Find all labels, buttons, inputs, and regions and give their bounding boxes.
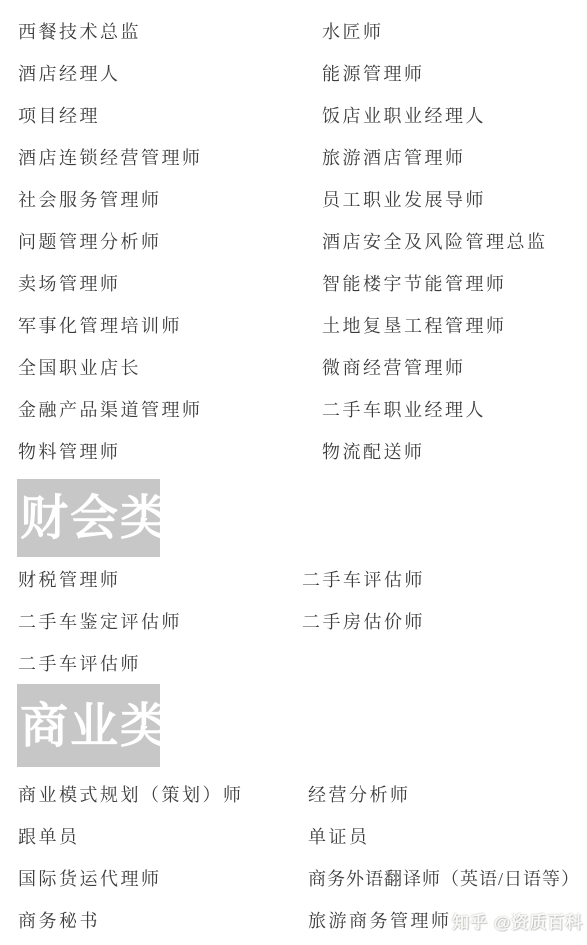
- section-header-finance-accounting: 财会类: [17, 479, 160, 557]
- job-title: 二手车评估师: [302, 566, 425, 592]
- section-rows: 财税管理师 二手车评估师 二手车鉴定评估师 二手房估价师 二手车评估师: [0, 558, 587, 684]
- job-title: 智能楼宇节能管理师: [322, 270, 507, 296]
- job-title: 卖场管理师: [18, 270, 121, 296]
- job-row: 卖场管理师 智能楼宇节能管理师: [0, 262, 587, 304]
- job-title: 酒店连锁经营管理师: [18, 144, 203, 170]
- job-title: 物料管理师: [18, 438, 121, 464]
- section-business: 商业类 商业模式规划（策划）师 经营分析师 跟单员 单证员 国际货运代理师 商务…: [0, 684, 587, 941]
- section-finance-accounting: 财会类 财税管理师 二手车评估师 二手车鉴定评估师 二手房估价师 二手车评估师: [0, 479, 587, 684]
- job-title: 能源管理师: [322, 60, 425, 86]
- job-title: 旅游商务管理师: [308, 907, 452, 933]
- job-title: 项目经理: [18, 102, 100, 128]
- job-title: 饭店业职业经理人: [322, 102, 486, 128]
- job-title: 员工职业发展导师: [322, 186, 486, 212]
- job-title: 二手车职业经理人: [322, 396, 486, 422]
- job-title: 酒店安全及风险管理总监: [322, 228, 548, 254]
- job-title: 旅游酒店管理师: [322, 144, 466, 170]
- job-title: 商务外语翻译师（英语/日语等）: [308, 865, 580, 891]
- job-row: 国际货运代理师 商务外语翻译师（英语/日语等）: [0, 857, 587, 899]
- job-row: 项目经理 饭店业职业经理人: [0, 94, 587, 136]
- job-row: 商业模式规划（策划）师 经营分析师: [0, 773, 587, 815]
- job-title: 全国职业店长: [18, 354, 141, 380]
- job-row: 问题管理分析师 酒店安全及风险管理总监: [0, 220, 587, 262]
- job-title: 水匠师: [322, 18, 384, 44]
- job-title: 财税管理师: [18, 566, 121, 592]
- job-title: 国际货运代理师: [18, 865, 162, 891]
- job-title: 西餐技术总监: [18, 18, 141, 44]
- job-row: 二手车评估师: [0, 642, 587, 684]
- job-title: 军事化管理培训师: [18, 312, 182, 338]
- zhihu-watermark: 知乎 @资质百科: [452, 908, 583, 933]
- job-title: 经营分析师: [308, 781, 411, 807]
- job-row: 金融产品渠道管理师 二手车职业经理人: [0, 388, 587, 430]
- job-row: 二手车鉴定评估师 二手房估价师: [0, 600, 587, 642]
- job-title: 二手房估价师: [302, 608, 425, 634]
- job-title: 微商经营管理师: [322, 354, 466, 380]
- job-row: 跟单员 单证员: [0, 815, 587, 857]
- job-title: 金融产品渠道管理师: [18, 396, 203, 422]
- job-title: 问题管理分析师: [18, 228, 162, 254]
- job-title: 土地复垦工程管理师: [322, 312, 507, 338]
- job-title: 单证员: [308, 823, 370, 849]
- job-title: 二手车评估师: [18, 650, 141, 676]
- job-row: 西餐技术总监 水匠师: [0, 10, 587, 52]
- section-header-business: 商业类: [17, 684, 160, 767]
- section-management-jobs: 西餐技术总监 水匠师 酒店经理人 能源管理师 项目经理 饭店业职业经理人 酒店连…: [0, 0, 587, 472]
- job-title: 跟单员: [18, 823, 80, 849]
- job-title: 物流配送师: [322, 438, 425, 464]
- job-row: 财税管理师 二手车评估师: [0, 558, 587, 600]
- job-row: 物料管理师 物流配送师: [0, 430, 587, 472]
- job-title: 二手车鉴定评估师: [18, 608, 182, 634]
- job-row: 酒店连锁经营管理师 旅游酒店管理师: [0, 136, 587, 178]
- job-row: 酒店经理人 能源管理师: [0, 52, 587, 94]
- job-title: 商务秘书: [18, 907, 100, 933]
- job-title: 社会服务管理师: [18, 186, 162, 212]
- job-title: 商业模式规划（策划）师: [18, 781, 244, 807]
- page: { "page": { "background": "#ffffff", "te…: [0, 0, 587, 945]
- job-title: 酒店经理人: [18, 60, 121, 86]
- job-row: 军事化管理培训师 土地复垦工程管理师: [0, 304, 587, 346]
- job-row: 全国职业店长 微商经营管理师: [0, 346, 587, 388]
- job-row: 社会服务管理师 员工职业发展导师: [0, 178, 587, 220]
